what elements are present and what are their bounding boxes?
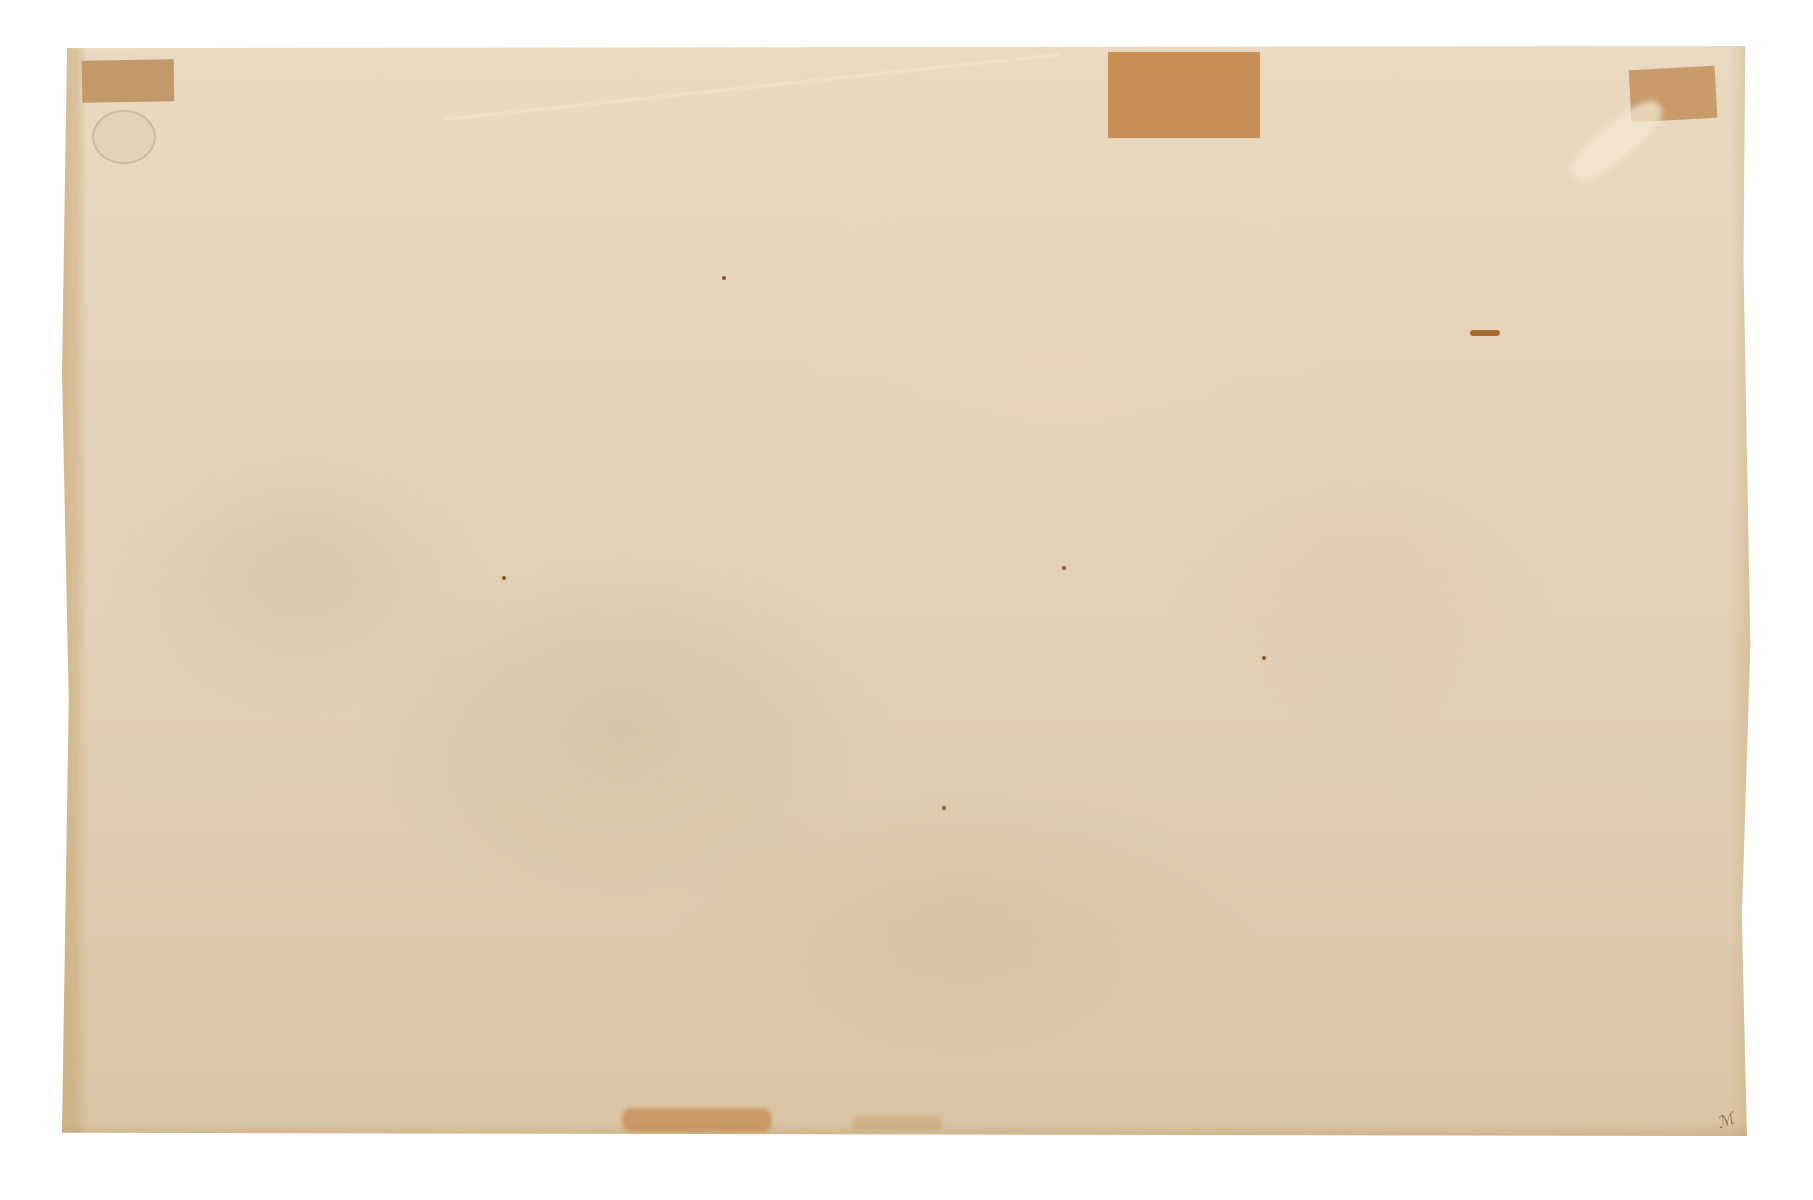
- paper-right-edge-stain: [1730, 46, 1752, 1136]
- smudge-top-left: [92, 110, 156, 164]
- tape-top-left: [82, 59, 175, 103]
- faint-stain-bottom: [852, 1116, 942, 1130]
- tape-top-center: [1108, 52, 1260, 138]
- rust-stain-bottom: [622, 1108, 772, 1132]
- paper-left-edge-stain: [62, 46, 88, 1136]
- paper-crease: [444, 54, 1061, 121]
- foxing-spot: [502, 576, 506, 580]
- foxing-spot: [1262, 656, 1266, 660]
- foxing-spot: [942, 806, 946, 810]
- tape-residue-mark: [1564, 93, 1670, 190]
- paper-sheet: ℳ: [62, 46, 1752, 1136]
- foxing-spot-right: [1470, 330, 1500, 336]
- foxing-spot: [1062, 566, 1066, 570]
- photo-scene: ℳ: [0, 0, 1813, 1200]
- foxing-spot: [722, 276, 726, 280]
